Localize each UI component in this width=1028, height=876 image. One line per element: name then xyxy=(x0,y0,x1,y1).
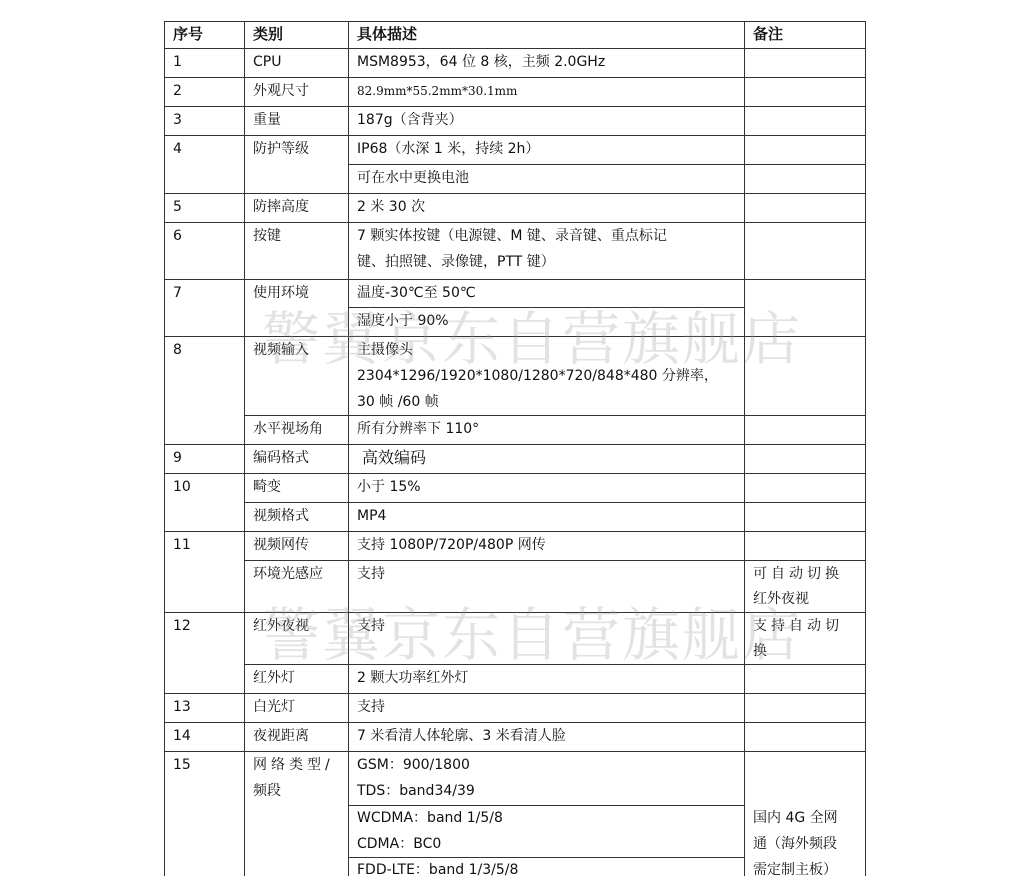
row-category: 使用环境 xyxy=(253,280,309,306)
row-category: 视频输入 xyxy=(253,337,309,363)
row-description: 所有分辨率下 110° xyxy=(357,416,479,442)
row-description: 7 颗实体按键（电源键、M 键、录音键、重点标记 xyxy=(357,223,667,249)
row-description: 键、拍照键、录像键，PTT 键） xyxy=(357,249,555,275)
row-description: CDMA：BC0 xyxy=(357,831,441,857)
row-category: 防护等级 xyxy=(253,136,309,162)
row-line xyxy=(244,415,866,416)
row-description: WCDMA：band 1/5/8 xyxy=(357,805,503,831)
row-category: 外观尺寸 xyxy=(253,78,309,104)
header-note: 备注 xyxy=(753,21,783,47)
row-line xyxy=(244,502,866,503)
row-no: 8 xyxy=(173,337,182,363)
row-description: 82.9mm*55.2mm*30.1mm xyxy=(357,78,517,104)
row-no: 13 xyxy=(173,694,191,720)
row-no: 10 xyxy=(173,474,191,500)
col-divider-2 xyxy=(348,21,349,876)
row-description: 主摄像头 xyxy=(357,337,413,363)
row-note: 需定制主板） xyxy=(753,857,837,876)
table-border-left xyxy=(164,21,165,876)
row-note: 换 xyxy=(753,638,767,664)
row-category: 重量 xyxy=(253,107,281,133)
row-category: 防摔高度 xyxy=(253,194,309,220)
row-description: 2 米 30 次 xyxy=(357,194,425,220)
row-description: 7 米看清人体轮廓、3 米看清人脸 xyxy=(357,723,566,749)
row-no: 5 xyxy=(173,194,182,220)
row-no: 2 xyxy=(173,78,182,104)
row-category: 视频网传 xyxy=(253,532,309,558)
row-description: 2 颗大功率红外灯 xyxy=(357,665,468,691)
row-no: 15 xyxy=(173,752,191,778)
row-category: 按键 xyxy=(253,223,281,249)
row-no: 12 xyxy=(173,613,191,639)
row-description: 小于 15% xyxy=(357,474,421,500)
row-description: 187g（含背夹） xyxy=(357,107,463,133)
row-no: 6 xyxy=(173,223,182,249)
row-no: 14 xyxy=(173,723,191,749)
row-description: FDD-LTE：band 1/3/5/8 xyxy=(357,857,518,876)
row-description: GSM：900/1800 xyxy=(357,752,470,778)
row-category: 红外灯 xyxy=(253,665,295,691)
row-category: 水平视场角 xyxy=(253,416,323,442)
row-description: 温度-30℃至 50℃ xyxy=(357,280,476,306)
row-category: 夜视距离 xyxy=(253,723,309,749)
row-no: 9 xyxy=(173,445,182,471)
table-border-right xyxy=(865,21,866,876)
row-description: 支持 1080P/720P/480P 网传 xyxy=(357,532,546,558)
header-category: 类别 xyxy=(253,21,283,47)
row-description: 支持 xyxy=(357,613,385,639)
row-description: 30 帧 /60 帧 xyxy=(357,389,439,415)
row-description: 支持 xyxy=(357,694,385,720)
spec-table-page: 序号 类别 具体描述 备注 1 CPU MSM8953，64 位 8 核，主频 … xyxy=(0,0,1028,876)
row-no: 1 xyxy=(173,49,182,75)
row-category: 红外夜视 xyxy=(253,613,309,639)
row-note: 国内 4G 全网 xyxy=(753,805,838,831)
row-line xyxy=(244,664,866,665)
row-category: 视频格式 xyxy=(253,503,309,529)
row-category: 畸变 xyxy=(253,474,281,500)
row-description: MP4 xyxy=(357,503,386,529)
row-category: 白光灯 xyxy=(253,694,295,720)
row-description: IP68（水深 1 米，持续 2h） xyxy=(357,136,539,162)
col-divider-3 xyxy=(744,21,745,876)
col-divider-1 xyxy=(244,21,245,876)
row-note: 支持自动切 xyxy=(753,613,843,639)
row-category: 环境光感应 xyxy=(253,561,323,587)
row-note: 可自动切换 xyxy=(753,561,843,587)
row-category: 网络类型/ xyxy=(253,752,334,778)
row-description: 湿度小于 90% xyxy=(357,308,449,334)
row-category: 编码格式 xyxy=(253,445,309,471)
row-no: 4 xyxy=(173,136,182,162)
row-note: 通（海外频段 xyxy=(753,831,837,857)
header-description: 具体描述 xyxy=(357,21,417,47)
row-description: 高效编码 xyxy=(362,445,426,471)
watermark: 警翼京东自营旗舰店 xyxy=(262,588,802,672)
row-no: 11 xyxy=(173,532,191,558)
row-note: 红外夜视 xyxy=(753,586,809,612)
header-no: 序号 xyxy=(173,21,203,47)
row-no: 7 xyxy=(173,280,182,306)
row-description: MSM8953，64 位 8 核，主频 2.0GHz xyxy=(357,49,605,75)
row-description: 支持 xyxy=(357,561,385,587)
row-no: 3 xyxy=(173,107,182,133)
row-category: 频段 xyxy=(253,778,281,804)
row-category: CPU xyxy=(253,49,281,75)
row-description: 可在水中更换电池 xyxy=(357,165,469,191)
row-description: TDS：band34/39 xyxy=(357,778,475,804)
row-description: 2304*1296/1920*1080/1280*720/848*480 分辨率… xyxy=(357,363,718,389)
